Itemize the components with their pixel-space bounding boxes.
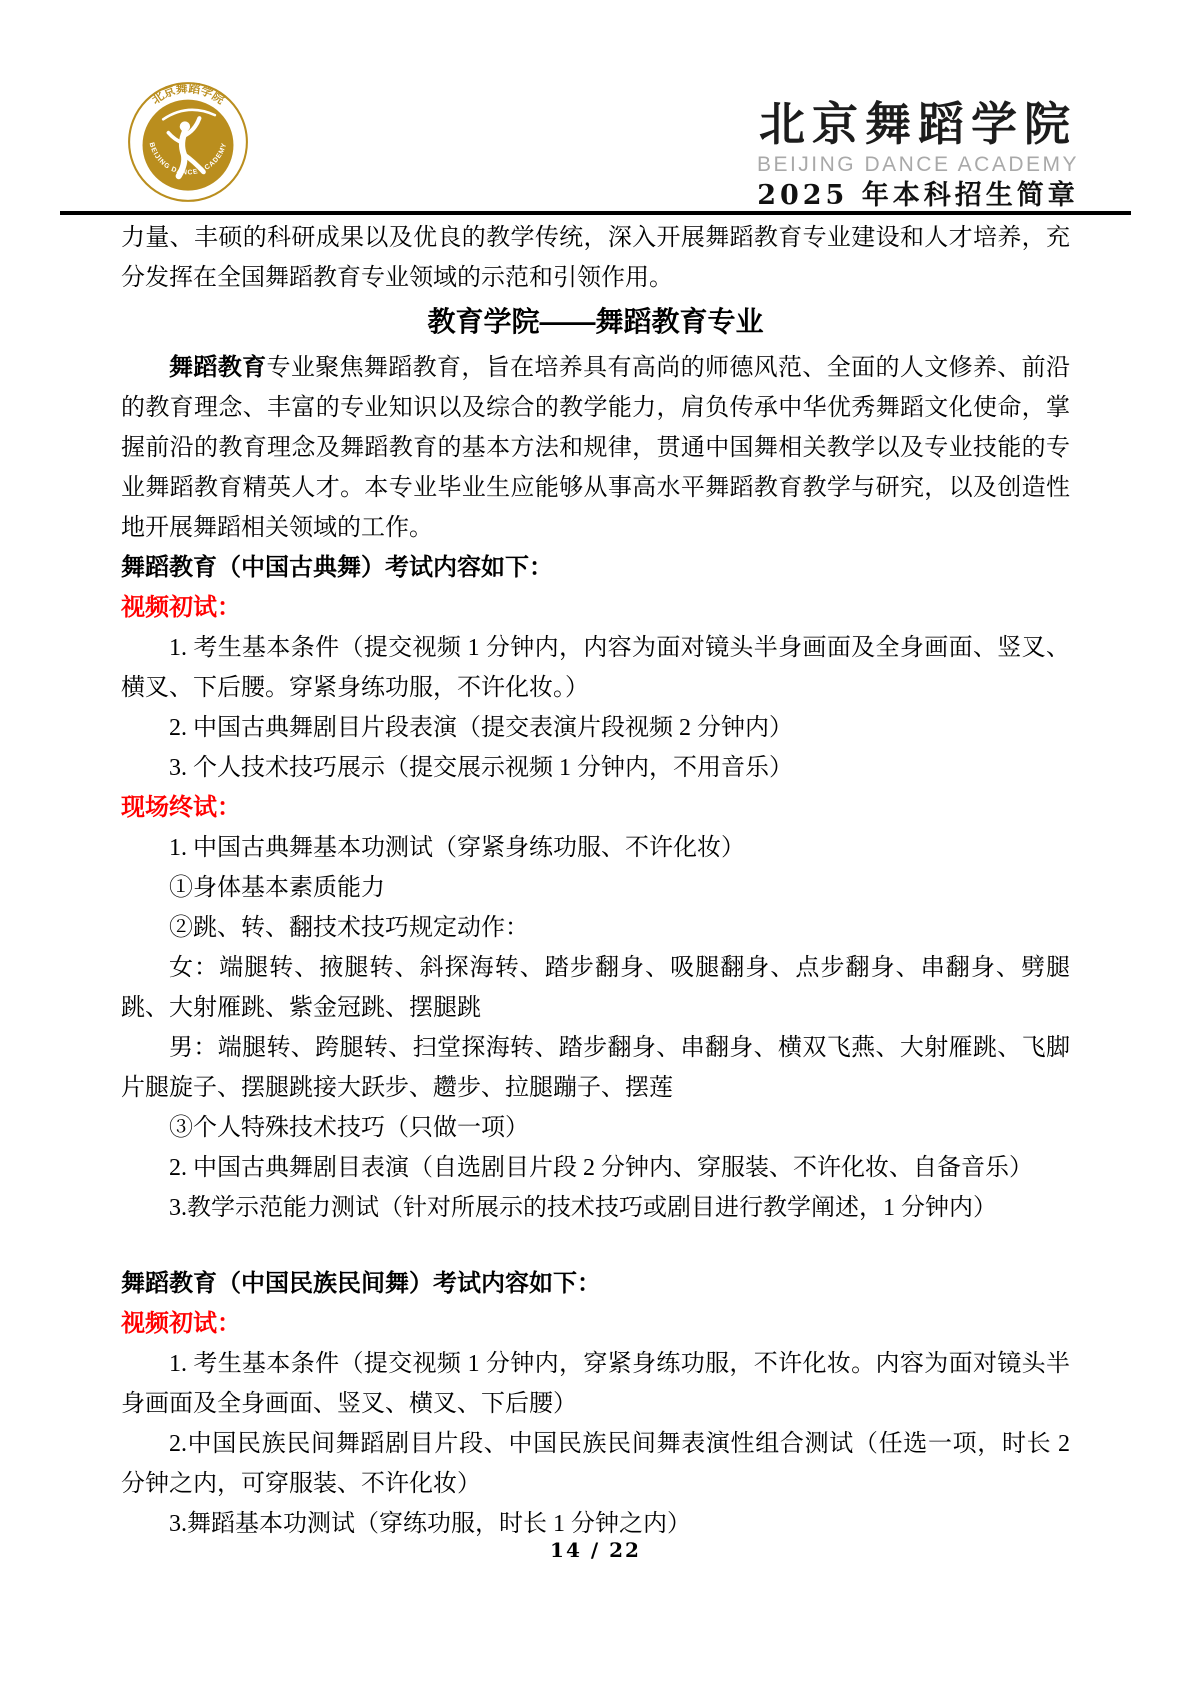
paragraph-lead: 舞蹈教育 (169, 355, 266, 381)
section-title: 教育学院——舞蹈教育专业 (121, 300, 1070, 344)
page: 北京舞蹈学院 BEIJING DANCE ACADEMY 北京舞蹈学院 BEIJ… (0, 0, 1191, 1684)
exam-stage-heading: 现场终试： (121, 788, 1070, 828)
list-item: 女：端腿转、掖腿转、斜探海转、踏步翻身、吸腿翻身、点步翻身、串翻身、劈腿跳、大射… (121, 948, 1070, 1028)
list-item: 2. 中国古典舞剧目表演（自选剧目片段 2 分钟内、穿服装、不许化妆、自备音乐） (121, 1148, 1070, 1188)
paragraph: 力量、丰硕的科研成果以及优良的教学传统，深入开展舞蹈教育专业建设和人才培养，充分… (121, 218, 1070, 298)
list-item: 男：端腿转、跨腿转、扫堂探海转、踏步翻身、串翻身、横双飞燕、大射雁跳、飞脚片腿旋… (121, 1028, 1070, 1108)
masthead-title-en: BEIJING DANCE ACADEMY (757, 152, 1079, 178)
masthead-title-cn: 北京舞蹈学院 (757, 96, 1079, 152)
page-header: 北京舞蹈学院 BEIJING DANCE ACADEMY 北京舞蹈学院 BEIJ… (0, 0, 1191, 215)
list-item: 1. 考生基本条件（提交视频 1 分钟内，内容为面对镜头半身画面及全身画面、竖叉… (121, 628, 1070, 708)
masthead-subtitle: 2025 年本科招生简章 (757, 178, 1079, 214)
exam-stage-heading: 视频初试： (121, 1304, 1070, 1344)
list-item: 2.中国民族民间舞蹈剧目片段、中国民族民间舞表演性组合测试（任选一项，时长 2 … (121, 1424, 1070, 1504)
exam-section-heading: 舞蹈教育（中国民族民间舞）考试内容如下： (121, 1264, 1070, 1304)
list-item: 1. 中国古典舞基本功测试（穿紧身练功服、不许化妆） (121, 828, 1070, 868)
exam-section-heading: 舞蹈教育（中国古典舞）考试内容如下： (121, 548, 1070, 588)
list-item: ③个人特殊技术技巧（只做一项） (121, 1108, 1070, 1148)
paragraph-text: 专业聚焦舞蹈教育，旨在培养具有高尚的师德风范、全面的人文修养、前沿的教育理念、丰… (121, 355, 1070, 541)
exam-stage-heading: 视频初试： (121, 588, 1070, 628)
page-number: 14 / 22 (0, 1538, 1191, 1562)
spacer (121, 1228, 1070, 1264)
list-item: 1. 考生基本条件（提交视频 1 分钟内，穿紧身练功服，不许化妆。内容为面对镜头… (121, 1344, 1070, 1424)
masthead: 北京舞蹈学院 BEIJING DANCE ACADEMY 2025 年本科招生简… (757, 96, 1079, 214)
academy-seal-logo: 北京舞蹈学院 BEIJING DANCE ACADEMY (126, 80, 250, 204)
list-item: 3. 个人技术技巧展示（提交展示视频 1 分钟内，不用音乐） (121, 748, 1070, 788)
header-rule (60, 211, 1131, 215)
paragraph: 舞蹈教育专业聚焦舞蹈教育，旨在培养具有高尚的师德风范、全面的人文修养、前沿的教育… (121, 348, 1070, 548)
list-item: ①身体基本素质能力 (121, 868, 1070, 908)
list-item: 3.教学示范能力测试（针对所展示的技术技巧或剧目进行教学阐述，1 分钟内） (121, 1188, 1070, 1228)
list-item: ②跳、转、翻技术技巧规定动作： (121, 908, 1070, 948)
list-item: 2. 中国古典舞剧目片段表演（提交表演片段视频 2 分钟内） (121, 708, 1070, 748)
document-body: 力量、丰硕的科研成果以及优良的教学传统，深入开展舞蹈教育专业建设和人才培养，充分… (121, 218, 1070, 1544)
